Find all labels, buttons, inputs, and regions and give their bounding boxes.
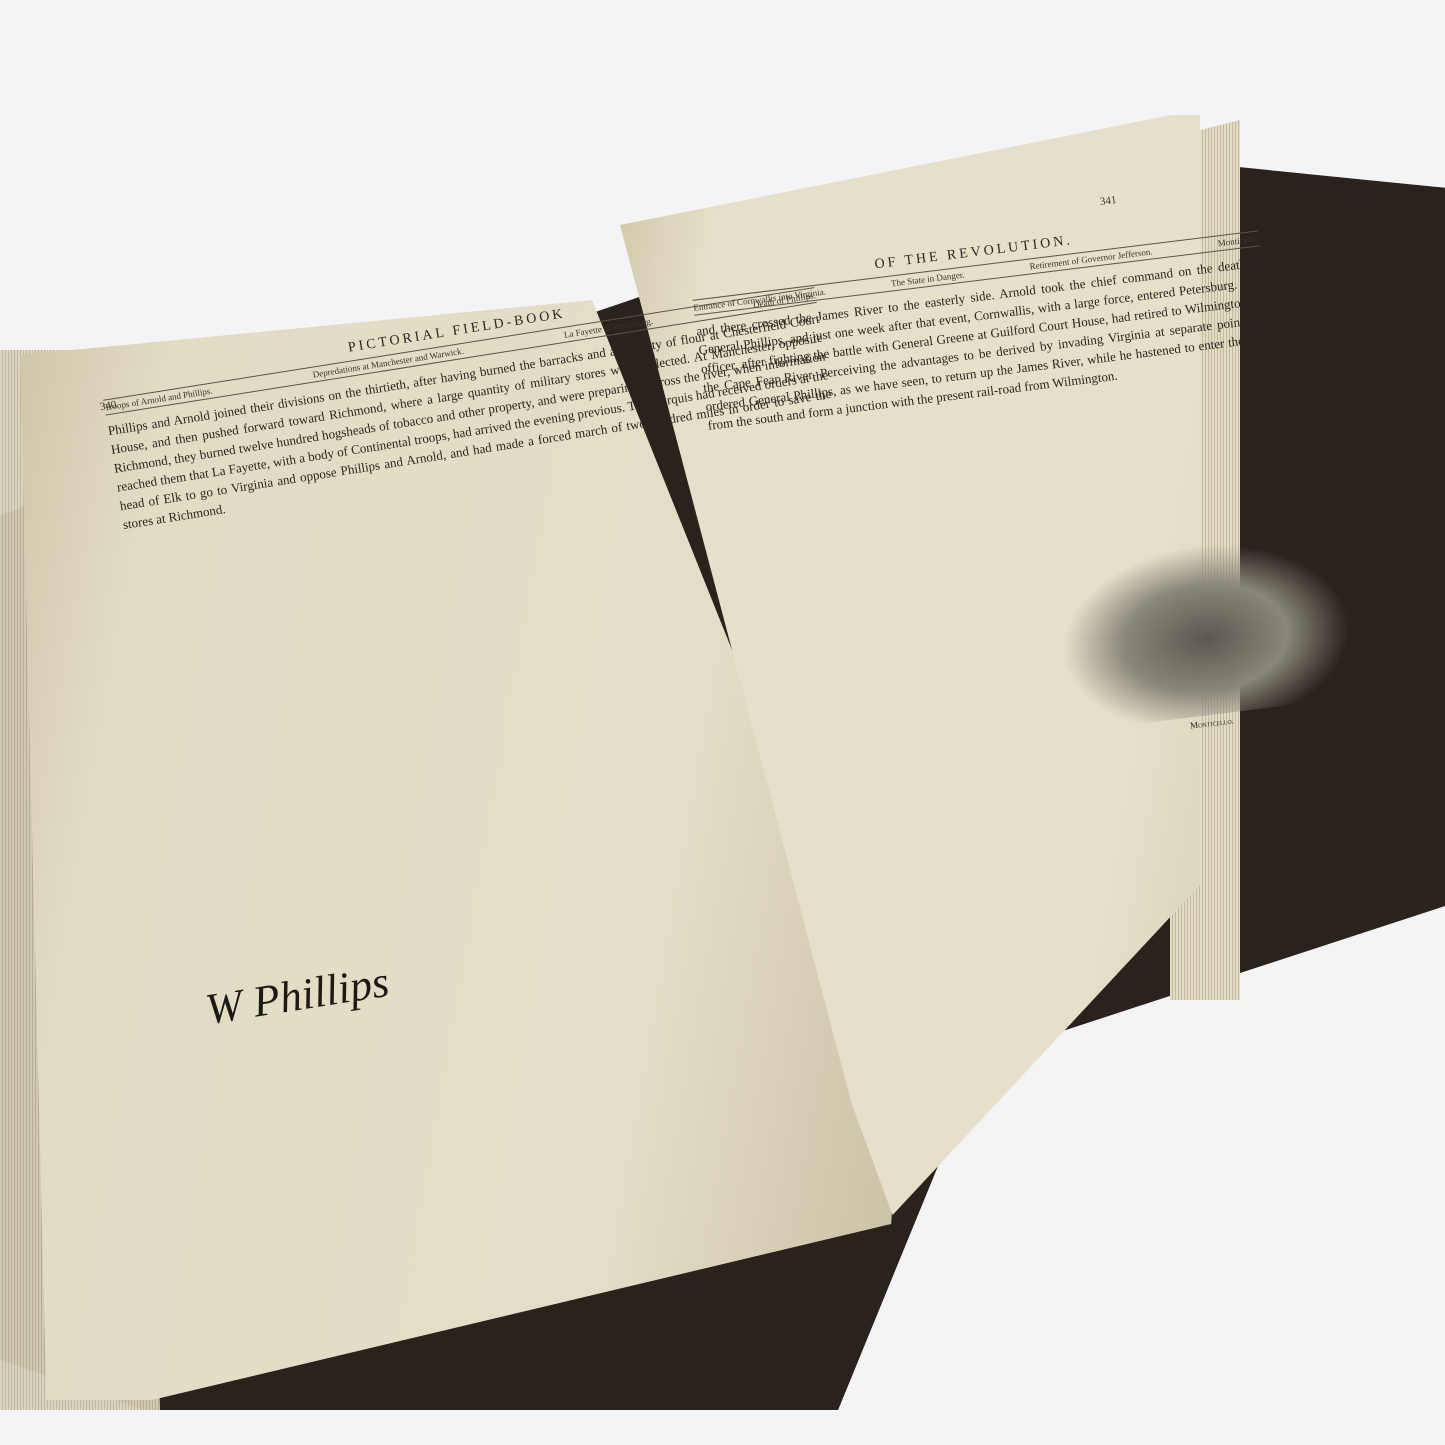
monticello-illustration <box>1051 528 1360 732</box>
right-subhead: Monticello. <box>1217 233 1260 248</box>
right-subhead: The State in Danger. <box>890 270 965 289</box>
right-page-number: 341 <box>1099 194 1117 208</box>
left-page-number: 340 <box>99 399 117 413</box>
